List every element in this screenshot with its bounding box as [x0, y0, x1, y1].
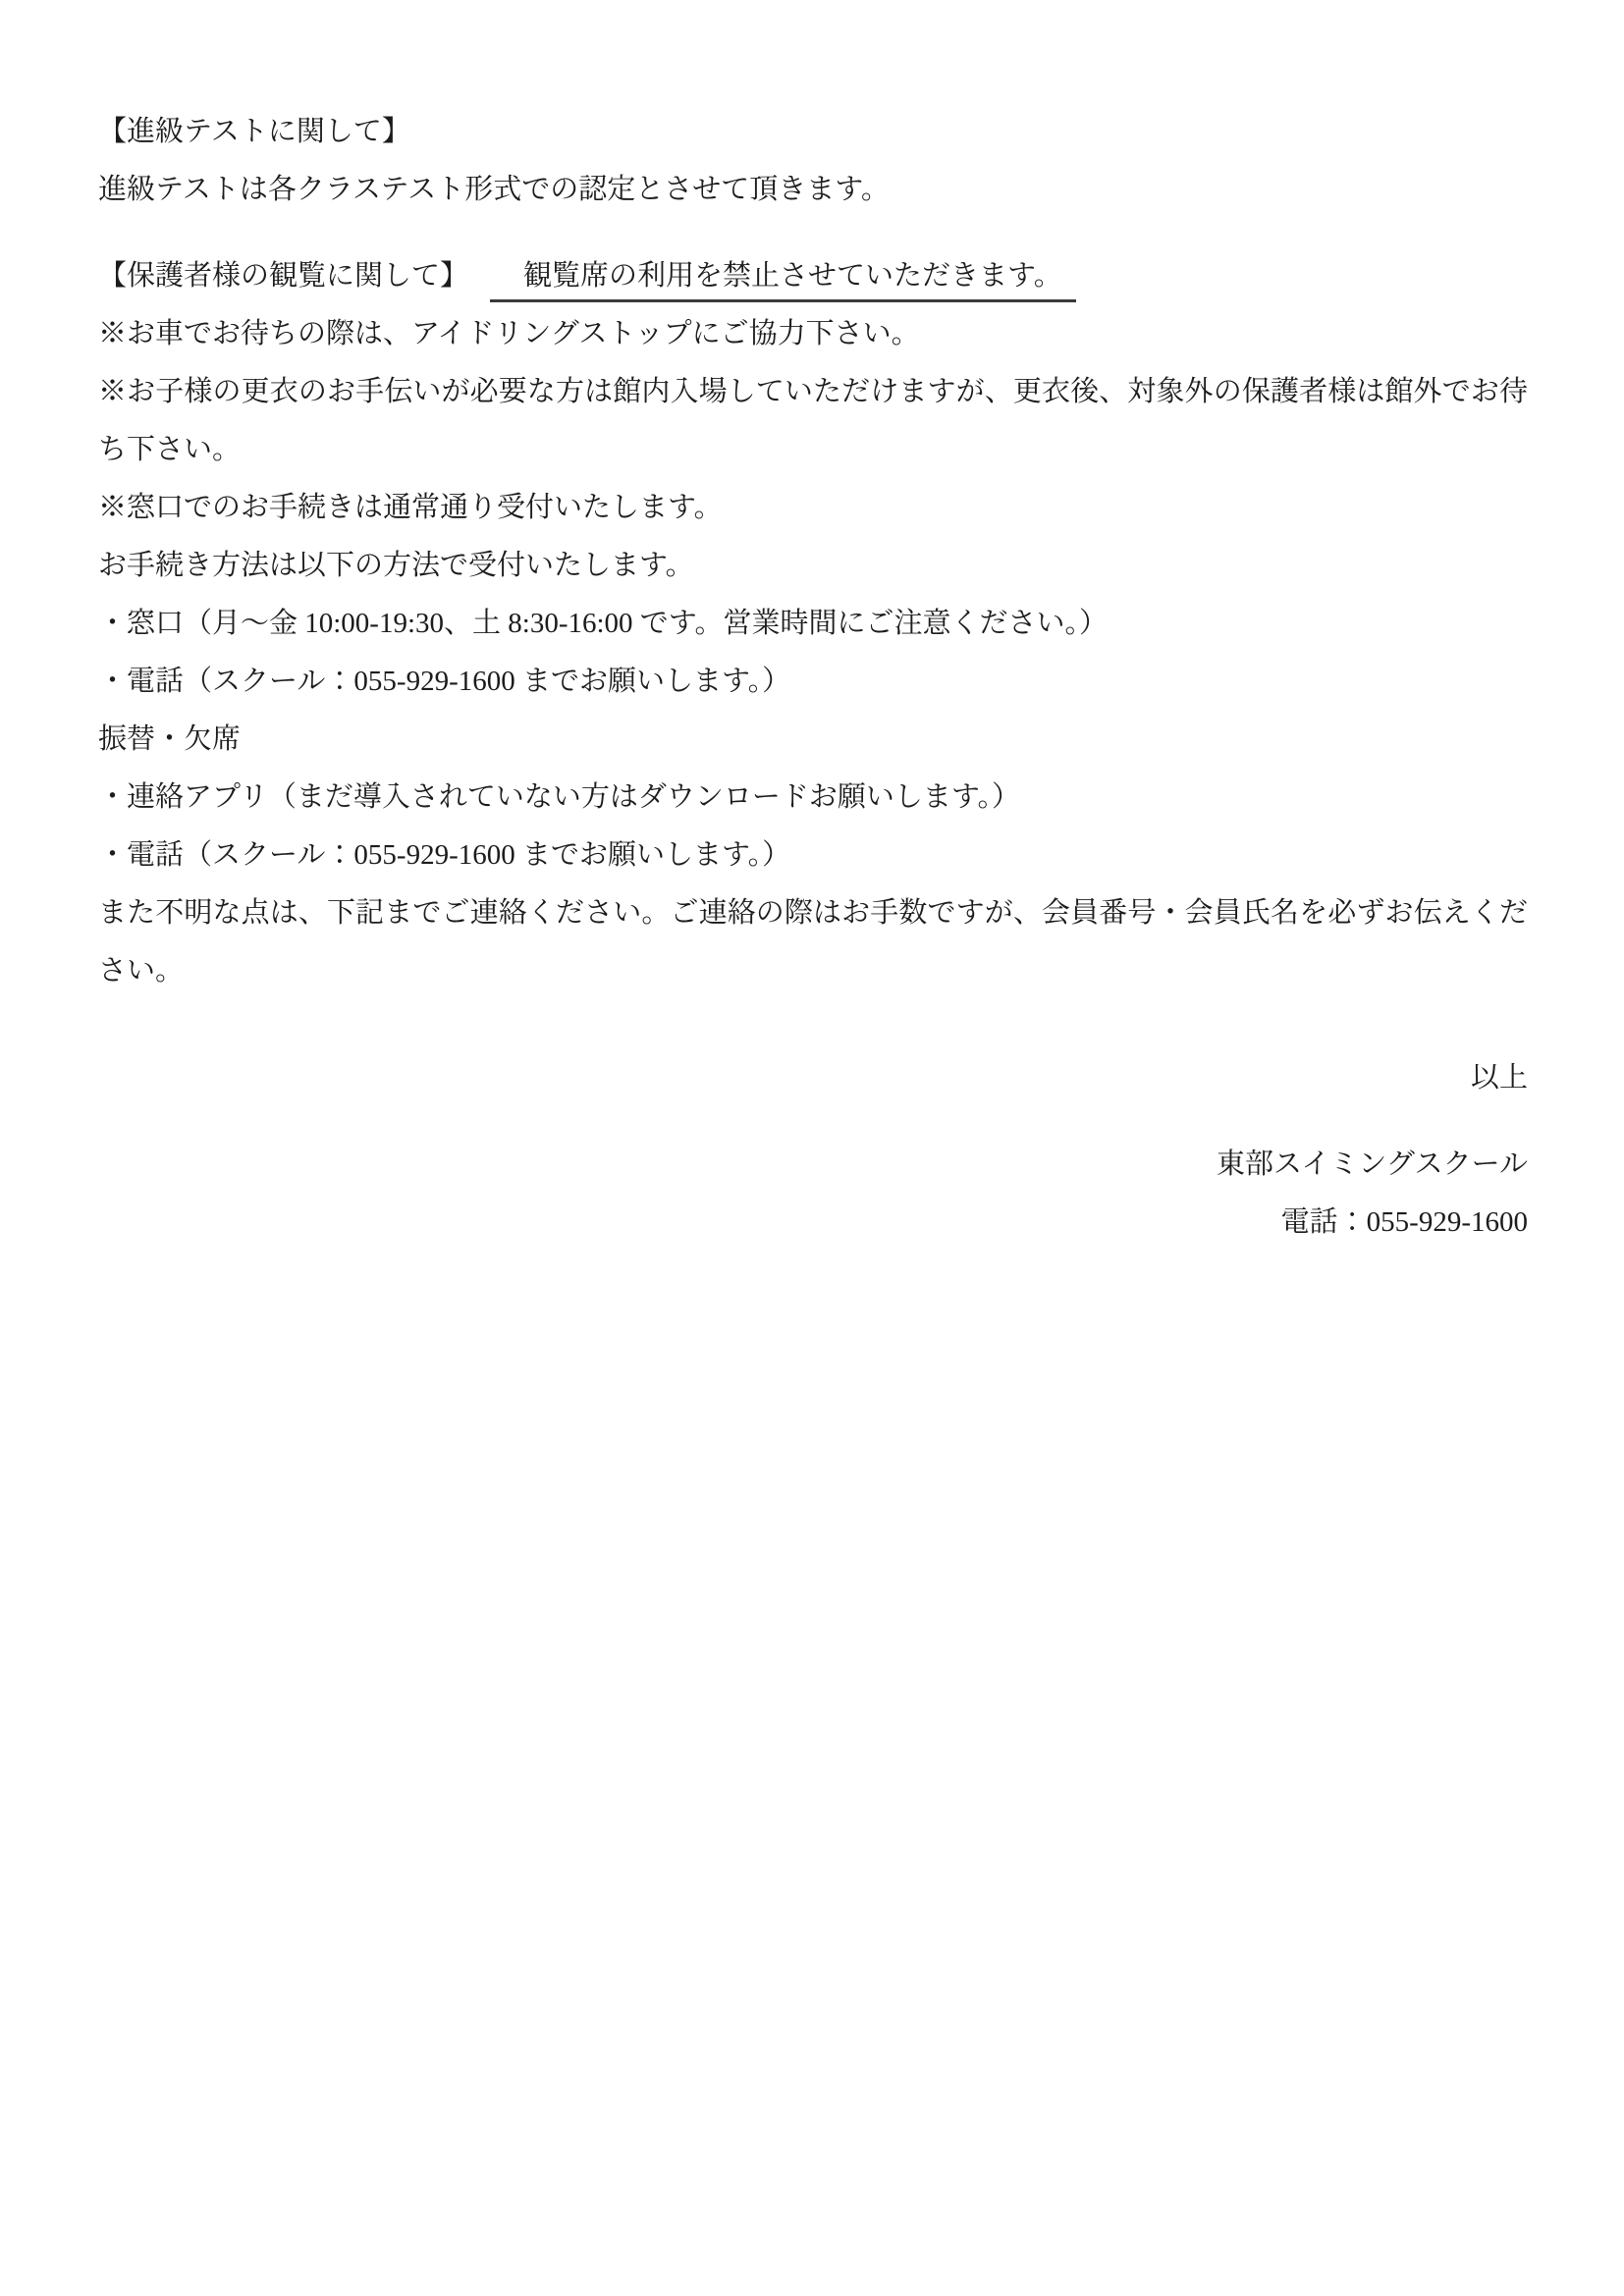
viewing-note-counter: ※窓口でのお手続きは通常通り受付いたします。 [98, 479, 1528, 537]
transfer-item-app: ・連絡アプリ（まだ導入されていない方はダウンロードお願いします。） [98, 769, 1528, 827]
viewing-note-changing: ※お子様の更衣のお手伝いが必要な方は館内入場していただけますが、更衣後、対象外の… [98, 363, 1528, 479]
sign-off: 以上 [98, 1049, 1528, 1107]
transfer-absence-heading: 振替・欠席 [98, 711, 1528, 769]
viewing-note-idling: ※お車でお待ちの際は、アイドリングストップにご協力下さい。 [98, 305, 1528, 363]
transfer-item-phone: ・電話（スクール：055-929-1600 までお願いします。） [98, 827, 1528, 884]
procedure-item-counter: ・窓口（月～金 10:00-19:30、土 8:30-16:00 です。営業時間… [98, 595, 1528, 653]
school-name: 東部スイミングスクール [98, 1136, 1528, 1194]
promotion-test-body: 進級テストは各クラステスト形式での認定とさせて頂きます。 [98, 161, 1528, 219]
viewing-heading: 【保護者様の観覧に関して】 [98, 260, 468, 292]
closing-note: また不明な点は、下記までご連絡ください。ご連絡の際はお手数ですが、会員番号・会員… [98, 884, 1528, 1000]
promotion-test-heading: 【進級テストに関して】 [98, 103, 1528, 161]
document-page: 【進級テストに関して】 進級テストは各クラステスト形式での認定とさせて頂きます。… [0, 0, 1624, 2296]
procedures-intro: お手続き方法は以下の方法で受付いたします。 [98, 537, 1528, 595]
school-phone: 電話：055-929-1600 [98, 1194, 1528, 1252]
procedure-item-phone: ・電話（スクール：055-929-1600 までお願いします。） [98, 653, 1528, 711]
viewing-restriction-notice: 観覧席の利用を禁止させていただきます。 [490, 256, 1076, 302]
viewing-heading-line: 【保護者様の観覧に関して】観覧席の利用を禁止させていただきます。 [98, 247, 1528, 305]
